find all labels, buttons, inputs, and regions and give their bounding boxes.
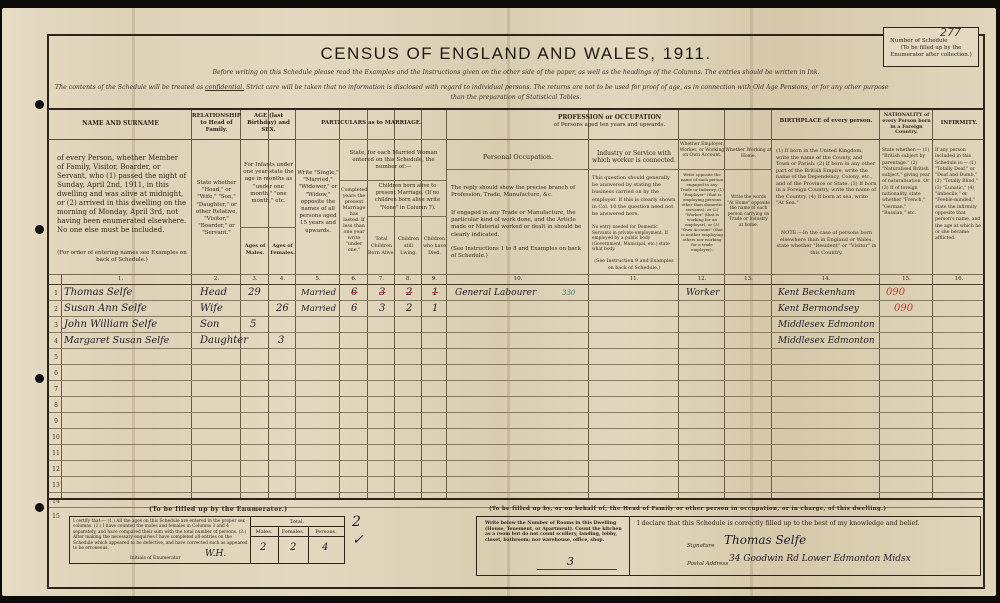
enumerator-initials[interactable]: W.H. [205,549,226,559]
marriage-subdivider [340,180,447,181]
postal-address[interactable]: 34 Goodwin Rd Lower Edmonton Midsx [729,554,911,564]
birthplace-heading: BIRTHPLACE of every person. [772,118,880,125]
age-females-label: Ages of Females. [269,243,296,257]
row-number: 10 [51,434,61,441]
col-number: 11. [589,276,679,282]
col-number: 3. [241,276,269,282]
col-number: 9. [422,276,447,282]
birthplace-note: NOTE.—In the case of persons born elsewh… [776,230,877,256]
females-label: Females. [278,529,308,535]
home-heading: Whether Working at Home. [725,148,772,159]
birthplace-desc: (1) If born in the United Kingdom, write… [776,148,877,207]
postal-address-label: Postal Address [687,561,728,567]
children-died[interactable]: 1 [429,301,438,317]
table-row[interactable]: 13 [49,477,983,493]
table-row[interactable]: 12 [49,461,983,477]
married-woman-desc: State, for each Married Woman entered on… [341,150,446,172]
age-male[interactable] [245,301,248,317]
birthplace-code: 090 [891,301,913,317]
personal-occupation-desc3: (See Instructions 1 to 8 and Examples on… [451,246,585,260]
row-number: 1 [51,290,61,297]
relationship-description: State whether "Head," or "Wife," "Son," … [194,180,239,238]
occupation[interactable]: General Labourer [452,285,536,301]
table-row[interactable]: 10 [49,429,983,445]
infirmity-desc: If any person included in this Schedule … [935,148,983,242]
row-number: 7 [51,386,61,393]
confidentiality-line: The contents of the Schedule will be tre… [55,84,977,91]
marital-condition[interactable]: Married [298,285,336,301]
table-row[interactable]: 3 John William Selfe Son 5 Middlesex Edm… [49,317,983,333]
row-number: 2 [51,306,61,313]
employment-status[interactable]: Worker [683,285,719,301]
totals-line [250,536,344,537]
head-declaration-box: Write below the Number of Rooms in this … [476,516,981,576]
table-row[interactable]: 7 [49,381,983,397]
relationship-heading: RELATIONSHIP to Head of Family. [192,113,241,135]
marriage-divider [296,139,447,140]
punch-hole-icon [35,374,44,383]
col-number: 1. [49,276,192,282]
table-row[interactable]: 4 Margaret Susan Selfe Daughter 3 Middle… [49,333,983,349]
children-total[interactable]: 3 [376,301,385,317]
marriage-years[interactable]: 6 [348,301,357,317]
age-male[interactable]: 29 [245,285,261,301]
schedule-number-box: 277 Number of Schedule (To be filled up … [883,27,979,67]
household-table: NAME AND SURNAME of every Person, whethe… [49,108,983,498]
birthplace-code: 090 [883,285,905,301]
occupation-subdivider [447,169,772,170]
totals-divider [278,526,279,563]
age-female[interactable]: 26 [273,301,289,317]
row-number: 11 [51,450,61,457]
birthplace[interactable]: Kent Beckenham [775,285,855,301]
row-number-divider [61,274,62,498]
age-subdivider [241,227,296,228]
marriage-heading: PARTICULARS as to MARRIAGE. [296,120,447,127]
age-male[interactable]: 5 [247,317,256,333]
row-number: 12 [51,466,61,473]
name-description: of every Person, whether Member of Famil… [57,154,187,235]
declaration-text: I declare that this Schedule is correctl… [637,521,977,527]
total-children-label: Total Children Born Alive. [368,236,395,258]
punch-hole-icon [35,225,44,234]
rooms-instructions: Write below the Number of Rooms in this … [485,521,625,543]
table-row[interactable]: 1 Thomas Selfe Head 29 Married 6 3 2 1 G… [49,285,983,301]
marriage-condition-desc: Write "Single," "Married," "Widower," or… [297,170,339,235]
name-note: (For order of entering names see Example… [57,250,187,264]
col-number: 6. [340,276,368,282]
row-number: 5 [51,354,61,361]
table-row[interactable]: 11 [49,445,983,461]
row-number: 8 [51,402,61,409]
total-persons[interactable]: 4 [322,542,328,553]
row-number: 6 [51,370,61,377]
relationship[interactable]: Son [197,317,219,333]
industry-note: No entry needed for Domestic Servants in… [592,225,676,253]
form-footer: (To be filled up by the Enumerator.) I c… [49,498,983,587]
children-living[interactable]: 2 [403,301,412,317]
age-description: For Infants under one year state the age… [242,162,295,205]
nationality-heading: NATIONALITY of every Person born in a Fo… [880,113,933,136]
personal-occupation-desc2: If engaged in any Trade or Manufacture, … [451,210,585,239]
birthplace[interactable]: Middlesex Edmonton [775,317,875,333]
col-number: 5. [296,276,340,282]
children-died-label: Children who have Died. [422,236,447,258]
col-number: 12. [679,276,725,282]
children-subdivider [368,216,447,217]
declaration-divider [629,517,630,575]
row-number: 9 [51,418,61,425]
home-desc: Write the words "At Home" opposite the n… [727,195,770,228]
persons-label: Persons. [308,529,344,535]
birthplace[interactable]: Kent Bermondsey [775,301,859,317]
relationship[interactable]: Head [197,285,227,301]
col-number: 2. [192,276,241,282]
person-name[interactable]: Susan Ann Selfe [61,301,147,317]
table-row[interactable]: 2 Susan Ann Selfe Wife 26 Married 6 3 2 … [49,301,983,317]
person-name[interactable]: Thomas Selfe [61,285,132,301]
rooms-underline [537,569,617,570]
marriage-years-desc: Completed years the present Marriage has… [341,188,367,254]
certification-text: I certify that:— (1.) All the ages on th… [73,519,248,551]
enumerator-section-title: (To be filled up by the Enumerator.) [149,506,288,513]
census-sheet: CENSUS OF ENGLAND AND WALES, 1911. Befor… [2,8,996,596]
personal-occupation-desc1: The reply should show the precise branch… [451,185,585,199]
schedule-number[interactable]: 277 [940,29,961,36]
signature-label: Signature [687,543,715,549]
confidentiality-text-rest: Strict care will be taken that no inform… [244,84,888,91]
col-number: 16. [933,276,985,282]
head-section-title: (To be filled up by, or on behalf of, th… [489,506,886,512]
schedule-number-note: (To be filled up by the Enumerator after… [884,45,978,59]
header-divider [49,139,983,140]
col-number: 15. [880,276,933,282]
col-number: 13. [725,276,772,282]
table-row[interactable]: 8 [49,397,983,413]
col-number: 4. [269,276,296,282]
children-total[interactable]: 3 [376,285,385,301]
page-title: CENSUS OF ENGLAND AND WALES, 1911. [49,44,983,64]
relationship[interactable]: Daughter [197,333,248,349]
person-name[interactable]: John William Selfe [61,317,157,333]
col-number: 14. [772,276,880,282]
punch-hole-icon [35,100,44,109]
checkmark-icon: ✓ [352,532,364,548]
total-label: Total. [250,519,344,525]
column-number-divider [49,274,983,275]
person-name[interactable]: Margaret Susan Selfe [61,333,169,349]
birthplace[interactable]: Middlesex Edmonton [775,333,875,349]
children-born-desc: Children born alive to present Marriage.… [369,183,446,212]
age-heading: AGE (last Birthday) and SEX. [241,113,296,135]
number-of-rooms[interactable]: 3 [567,555,574,568]
table-row[interactable]: 5 [49,349,983,365]
nationality-desc: State whether:— (1) "British subject by … [882,148,931,217]
age-female[interactable]: 3 [275,333,284,349]
row-number: 4 [51,338,61,345]
signature[interactable]: Thomas Selfe [724,533,806,547]
age-males-label: Ages of Males. [241,243,269,257]
industry-desc: This question should generally be answer… [592,175,676,218]
age-female[interactable] [273,285,276,301]
children-living[interactable]: 2 [403,285,412,301]
industry-heading: Industry or Service with which worker is… [589,150,679,164]
name-heading: NAME AND SURNAME [49,120,192,127]
confidential-word: confidential. [205,84,244,91]
children-living-label: Children still Living. [395,236,422,258]
relationship[interactable]: Wife [197,301,223,317]
employer-heading: Whether Employer, Worker, or Working on … [679,142,725,159]
table-row[interactable]: 6 [49,365,983,381]
personal-occupation-heading: Personal Occupation. [447,154,589,161]
col-number: 8. [395,276,422,282]
employer-desc: Write opposite the name of each person e… [680,172,724,252]
punch-hole-icon [35,503,44,512]
totals-line [250,526,344,527]
schedule-number-label: Number of Schedule [884,38,978,45]
row-number: 13 [51,482,61,489]
marital-condition[interactable]: Married [298,301,336,317]
industry-ref: (See Instruction 9 and Examples on back … [592,258,676,272]
statistical-line: than the preparation of Statistical Tabl… [55,94,977,101]
row-number: 3 [51,322,61,329]
children-died[interactable]: 1 [429,285,438,301]
form-header: CENSUS OF ENGLAND AND WALES, 1911. Befor… [49,36,983,114]
infirmity-heading: INFIRMITY. [933,120,985,127]
totals-divider [308,526,309,563]
total-males[interactable]: 2 [260,542,266,553]
occupation-subheading: of Persons aged ten years and upwards. [447,122,772,129]
form-frame: CENSUS OF ENGLAND AND WALES, 1911. Befor… [47,34,985,589]
total-females[interactable]: 2 [290,542,296,553]
confidentiality-text: The contents of the Schedule will be tre… [55,84,205,91]
marriage-years[interactable]: 6 [348,285,357,301]
initials-label: Initials of Enumerator [130,556,181,562]
enumerator-certification-box: I certify that:— (1.) All the ages on th… [69,516,345,564]
col-number: 10. [447,276,589,282]
occupation-code: 330 [559,285,575,301]
red-annotation: 2 [352,514,361,530]
household-rows: 1 Thomas Selfe Head 29 Married 6 3 2 1 G… [49,285,983,498]
occupation-heading: PROFESSION or OCCUPATION [447,114,772,121]
col-number: 7. [368,276,395,282]
instructions-line: Before writing on this Schedule please r… [55,69,977,76]
males-label: Males. [250,529,278,535]
table-row[interactable]: 9 [49,413,983,429]
